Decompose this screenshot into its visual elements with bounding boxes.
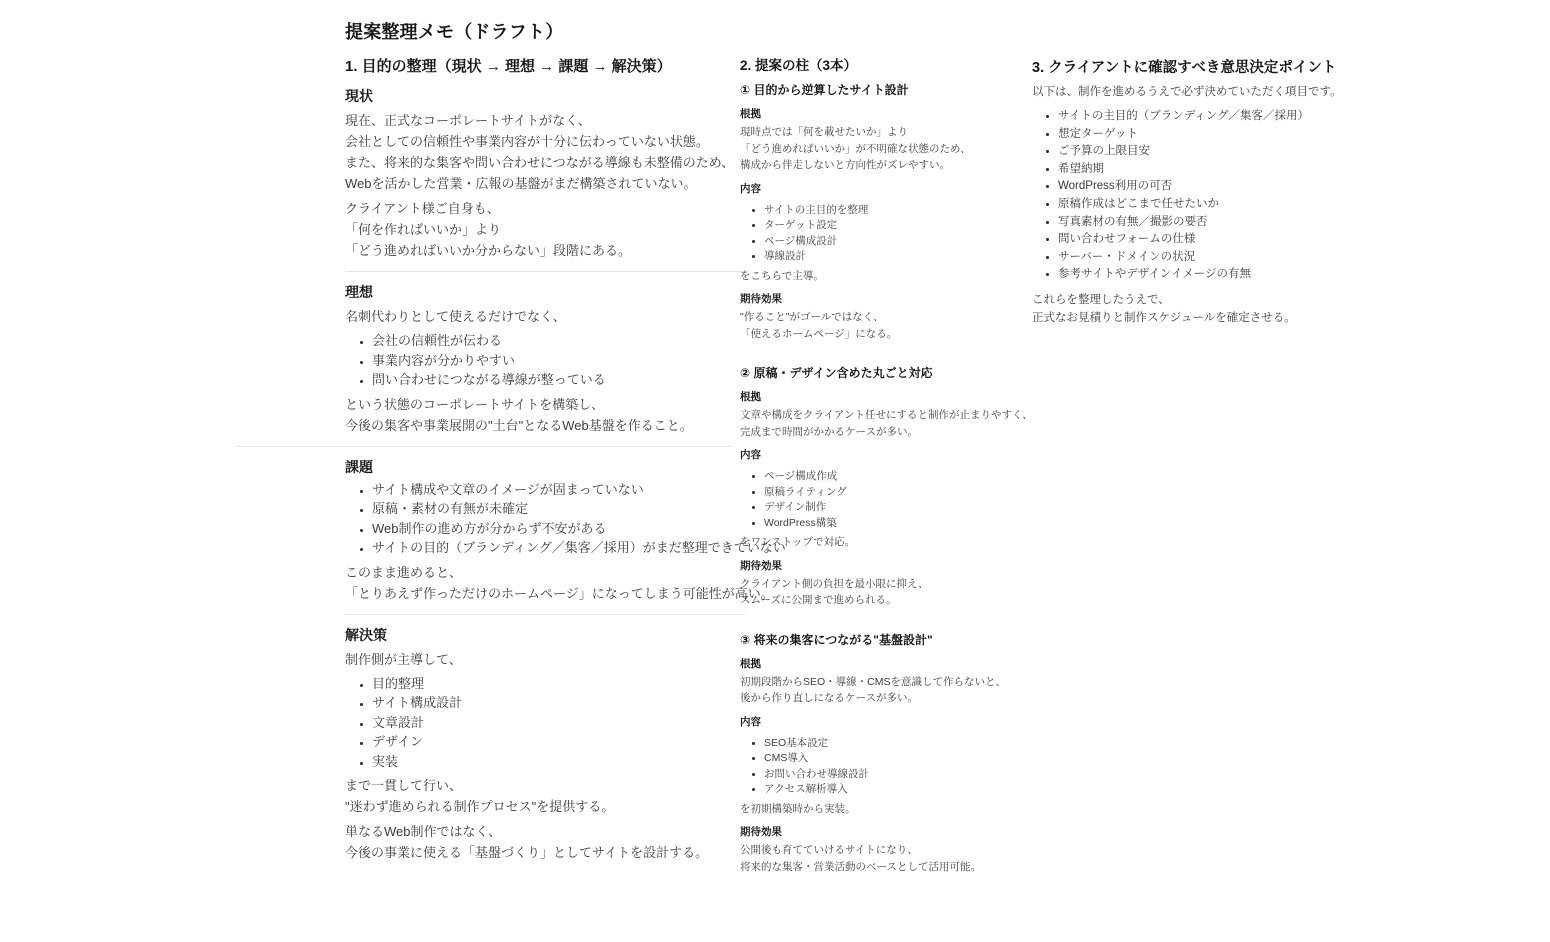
bullet-list: 会社の信頼性が伝わる事業内容が分かりやすい問い合わせにつながる導線が整っている (345, 331, 745, 390)
text-line: 今後の集客や事業展開の"土台"となるWeb基盤を作ること。 (345, 415, 745, 436)
field-label: 根拠 (740, 390, 1040, 405)
list-item: デザイン制作 (764, 500, 1040, 516)
section-divider (345, 614, 745, 615)
field-label: 内容 (740, 715, 1040, 730)
text-line: 「どう進めればいいか分からない」段階にある。 (345, 240, 745, 261)
text-line: をワンストップで対応。 (740, 534, 1040, 551)
text-line: "作ること"がゴールではなく、 (740, 309, 1040, 326)
list-item: SEO基本設定 (764, 736, 1040, 752)
text-line: 構成から伴走しないと方向性がズレやすい。 (740, 157, 1040, 174)
text-line: Webを活かした営業・広報の基盤がまだ構築されていない。 (345, 173, 745, 194)
paragraph: 単なるWeb制作ではなく、今後の事業に使える「基盤づくり」としてサイトを設計する… (345, 821, 745, 863)
subsection-heading: 現状 (345, 86, 745, 106)
list-item: サーバー・ドメインの状況 (1058, 249, 1367, 267)
paragraph: これらを整理したうえで、正式なお見積りと制作スケジュールを確定させる。 (1032, 291, 1367, 327)
pillar-heading: ② 原稿・デザイン含めた丸ごと対応 (740, 365, 1040, 382)
list-item: ページ構成作成 (764, 469, 1040, 485)
paragraph: 現時点では「何を載せたいか」より「どう進めればいいか」が不明確な状態のため、構成… (740, 124, 1040, 174)
paragraph: 文章や構成をクライアント任せにすると制作が止まりやすく、完成まで時間がかかるケー… (740, 407, 1040, 440)
text-line: スムーズに公開まで進められる。 (740, 592, 1040, 609)
list-item: デザイン (372, 732, 745, 752)
list-item: 原稿作成はどこまで任せたいか (1058, 196, 1367, 214)
list-item: WordPress構築 (764, 516, 1040, 532)
text-line: を初期構築時から実装。 (740, 801, 1040, 818)
list-item: サイトの目的（ブランディング／集客／採用）がまだ整理できていない (372, 538, 745, 558)
text-line: 「とりあえず作っただけのホームページ」になってしまう可能性が高い。 (345, 583, 745, 604)
column-blocks: 以下は、制作を進めるうえで必ず決めていただく項目です。サイトの主目的（ブランディ… (1032, 83, 1367, 327)
section-divider (345, 271, 745, 272)
pillar-heading: ③ 将来の集客につながる"基盤設計" (740, 632, 1040, 649)
list-item: 写真素材の有無／撮影の要否 (1058, 214, 1367, 232)
text-line: 会社としての信頼性や事業内容が十分に伝わっていない状態。 (345, 131, 745, 152)
field-label: 期待効果 (740, 292, 1040, 307)
list-item: 導線設計 (764, 249, 1040, 265)
text-line: 「何を作ればいいか」より (345, 219, 745, 240)
paragraph: クライアント様ご自身も、「何を作ればいいか」より「どう進めればいいか分からない」… (345, 198, 745, 261)
bullet-list: サイトの主目的（ブランディング／集客／採用）想定ターゲットご予算の上限目安希望納… (1032, 108, 1367, 284)
list-item: 希望納期 (1058, 161, 1367, 179)
text-line: クライアント側の負担を最小限に抑え、 (740, 576, 1040, 593)
column-purpose-organization: 1. 目的の整理（現状 → 理想 → 課題 → 解決策） 現状現在、正式なコーポ… (345, 50, 745, 867)
text-line: 制作側が主導して、 (345, 649, 745, 670)
text-line: まで一貫して行い、 (345, 775, 745, 796)
text-line: 単なるWeb制作ではなく、 (345, 821, 745, 842)
paragraph: 現在、正式なコーポレートサイトがなく、会社としての信頼性や事業内容が十分に伝わっ… (345, 110, 745, 194)
text-line: 「どう進めればいいか」が不明確な状態のため、 (740, 141, 1040, 158)
text-line: 後から作り直しになるケースが多い。 (740, 690, 1040, 707)
bullet-list: 目的整理サイト構成設計文章設計デザイン実装 (345, 674, 745, 772)
subsection-heading: 解決策 (345, 625, 745, 645)
list-item: 想定ターゲット (1058, 126, 1367, 144)
list-item: アクセス解析導入 (764, 782, 1040, 798)
paragraph: 制作側が主導して、 (345, 649, 745, 670)
paragraph: クライアント側の負担を最小限に抑え、スムーズに公開まで進められる。 (740, 576, 1040, 609)
subsection-heading: 課題 (345, 457, 745, 477)
column-heading: 1. 目的の整理（現状 → 理想 → 課題 → 解決策） (345, 56, 745, 77)
bullet-list: SEO基本設定CMS導入お問い合わせ導線設計アクセス解析導入 (740, 736, 1040, 798)
list-item: WordPress利用の可否 (1058, 178, 1367, 196)
text-line: 現在、正式なコーポレートサイトがなく、 (345, 110, 745, 131)
column-decision-points: 3. クライアントに確認すべき意思決定ポイント 以下は、制作を進めるうえで必ず決… (1032, 54, 1367, 332)
text-line: 以下は、制作を進めるうえで必ず決めていただく項目です。 (1032, 83, 1367, 101)
list-item: 文章設計 (372, 713, 745, 733)
list-item: サイト構成や文章のイメージが固まっていない (372, 480, 745, 500)
column-blocks: ① 目的から逆算したサイト設計根拠現時点では「何を載せたいか」より「どう進めれば… (740, 82, 1040, 875)
list-item: サイトの主目的を整理 (764, 203, 1040, 219)
list-item: ターゲット設定 (764, 218, 1040, 234)
paragraph: をこちらで主導。 (740, 268, 1040, 285)
list-item: 問い合わせフォームの仕様 (1058, 231, 1367, 249)
paragraph: 以下は、制作を進めるうえで必ず決めていただく項目です。 (1032, 83, 1367, 101)
list-item: 問い合わせにつながる導線が整っている (372, 370, 745, 390)
column-blocks: 現状現在、正式なコーポレートサイトがなく、会社としての信頼性や事業内容が十分に伝… (345, 86, 745, 863)
list-item: Web制作の進め方が分からず不安がある (372, 519, 745, 539)
text-line: "迷わず進められる制作プロセス"を提供する。 (345, 796, 745, 817)
paragraph: "作ること"がゴールではなく、「使えるホームページ」になる。 (740, 309, 1040, 342)
paragraph: をワンストップで対応。 (740, 534, 1040, 551)
text-line: 初期段階からSEO・導線・CMSを意識して作らないと、 (740, 674, 1040, 691)
memo-document: 提案整理メモ（ドラフト） 1. 目的の整理（現状 → 理想 → 課題 → 解決策… (0, 0, 1550, 942)
text-line: これらを整理したうえで、 (1032, 291, 1367, 309)
text-line: 公開後も育てていけるサイトになり、 (740, 842, 1040, 859)
text-line: という状態のコーポレートサイトを構築し、 (345, 394, 745, 415)
list-item: 原稿ライティング (764, 485, 1040, 501)
text-line: また、将来的な集客や問い合わせにつながる導線も未整備のため、 (345, 152, 745, 173)
text-line: 文章や構成をクライアント任せにすると制作が止まりやすく、 (740, 407, 1040, 424)
text-line: 正式なお見積りと制作スケジュールを確定させる。 (1032, 309, 1367, 327)
field-label: 内容 (740, 448, 1040, 463)
column-heading: 2. 提案の柱（3本） (740, 56, 1040, 75)
bullet-list: ページ構成作成原稿ライティングデザイン制作WordPress構築 (740, 469, 1040, 531)
section-divider (237, 446, 731, 447)
field-label: 期待効果 (740, 825, 1040, 840)
list-item: ご予算の上限目安 (1058, 143, 1367, 161)
paragraph: を初期構築時から実装。 (740, 801, 1040, 818)
paragraph: 初期段階からSEO・導線・CMSを意識して作らないと、後から作り直しになるケース… (740, 674, 1040, 707)
text-line: このまま進めると、 (345, 562, 745, 583)
list-item: サイト構成設計 (372, 693, 745, 713)
paragraph: このまま進めると、「とりあえず作っただけのホームページ」になってしまう可能性が高… (345, 562, 745, 604)
text-line: 完成まで時間がかかるケースが多い。 (740, 424, 1040, 441)
list-item: 会社の信頼性が伝わる (372, 331, 745, 351)
field-label: 根拠 (740, 657, 1040, 672)
paragraph: 公開後も育てていけるサイトになり、将来的な集客・営業活動のベースとして活用可能。 (740, 842, 1040, 875)
list-item: 実装 (372, 752, 745, 772)
column-proposal-pillars: 2. 提案の柱（3本） ① 目的から逆算したサイト設計根拠現時点では「何を載せた… (740, 50, 1040, 877)
field-label: 根拠 (740, 107, 1040, 122)
paragraph: という状態のコーポレートサイトを構築し、今後の集客や事業展開の"土台"となるWe… (345, 394, 745, 436)
text-line: 将来的な集客・営業活動のベースとして活用可能。 (740, 859, 1040, 876)
document-title: 提案整理メモ（ドラフト） (345, 20, 563, 45)
list-item: 原稿・素材の有無が未確定 (372, 499, 745, 519)
bullet-list: サイト構成や文章のイメージが固まっていない原稿・素材の有無が未確定Web制作の進… (345, 480, 745, 558)
text-line: 「使えるホームページ」になる。 (740, 326, 1040, 343)
text-line: 名刺代わりとして使えるだけでなく、 (345, 306, 745, 327)
paragraph: 名刺代わりとして使えるだけでなく、 (345, 306, 745, 327)
list-item: サイトの主目的（ブランディング／集客／採用） (1058, 108, 1367, 126)
text-line: をこちらで主導。 (740, 268, 1040, 285)
paragraph: まで一貫して行い、"迷わず進められる制作プロセス"を提供する。 (345, 775, 745, 817)
field-label: 内容 (740, 182, 1040, 197)
text-line: クライアント様ご自身も、 (345, 198, 745, 219)
list-item: ページ構成設計 (764, 234, 1040, 250)
list-item: 参考サイトやデザインイメージの有無 (1058, 266, 1367, 284)
list-item: お問い合わせ導線設計 (764, 767, 1040, 783)
field-label: 期待効果 (740, 559, 1040, 574)
text-line: 今後の事業に使える「基盤づくり」としてサイトを設計する。 (345, 842, 745, 863)
list-item: 目的整理 (372, 674, 745, 694)
list-item: 事業内容が分かりやすい (372, 351, 745, 371)
subsection-heading: 理想 (345, 282, 745, 302)
column-heading: 3. クライアントに確認すべき意思決定ポイント (1032, 58, 1367, 78)
list-item: CMS導入 (764, 751, 1040, 767)
bullet-list: サイトの主目的を整理ターゲット設定ページ構成設計導線設計 (740, 203, 1040, 265)
pillar-heading: ① 目的から逆算したサイト設計 (740, 82, 1040, 99)
text-line: 現時点では「何を載せたいか」より (740, 124, 1040, 141)
